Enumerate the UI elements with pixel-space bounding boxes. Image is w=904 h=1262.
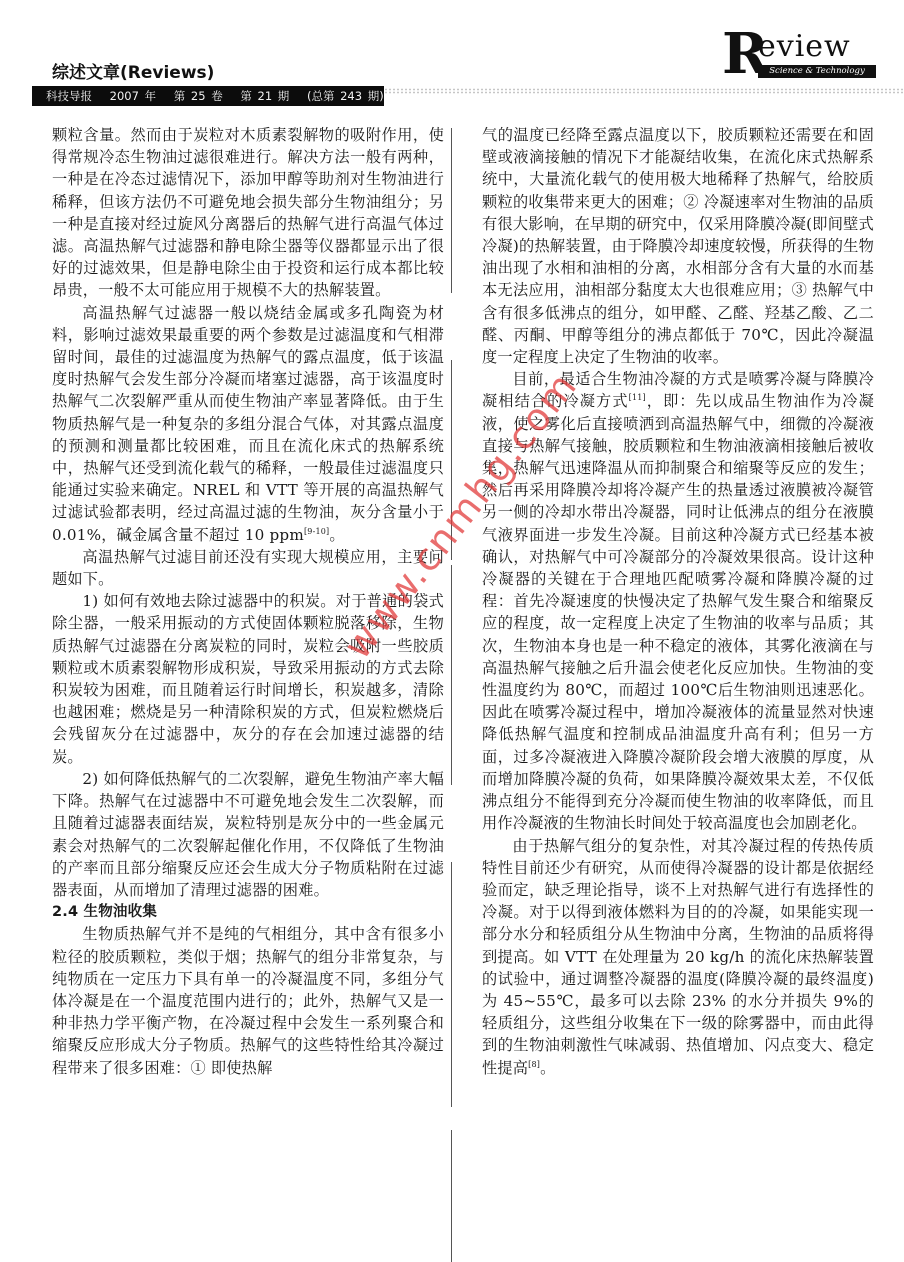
header-dotted-rule — [384, 88, 904, 94]
column-divider-3 — [451, 565, 452, 785]
column-divider-1 — [451, 128, 452, 293]
journal-name: 科技导报 — [46, 89, 92, 103]
section-heading: 2.4 生物油收集 — [52, 901, 444, 923]
journal-year: 2007 年 — [110, 89, 156, 103]
citation: [9-10] — [304, 527, 329, 536]
paragraph: 生物质热解气并不是纯的气相组分，其中含有很多小粒径的胶质颗粒，类似于烟；热解气的… — [52, 923, 444, 1078]
paragraph: 由于热解气组分的复杂性，对其冷凝过程的传热传质特性目前还少有研究，从而使得冷凝器… — [482, 835, 874, 1079]
journal-issue: 第 21 期 — [240, 89, 289, 103]
logo-word: eview — [758, 32, 851, 62]
section-title: 综述文章(Reviews) — [52, 58, 214, 83]
paragraph: 高温热解气过滤目前还没有实现大规模应用，主要问题如下。 — [52, 546, 444, 590]
list-item: 2) 如何降低热解气的二次裂解，避免生物油产率大幅下降。热解气在过滤器中不可避免… — [52, 768, 444, 901]
paragraph: 颗粒含量。然而由于炭粒对木质素裂解物的吸附作用，使得常规冷态生物油过滤很难进行。… — [52, 124, 444, 302]
journal-total-issue: (总第 243 期) — [307, 89, 384, 103]
citation: [8] — [528, 1059, 540, 1068]
right-column: 气的温度已经降至露点温度以下，胶质颗粒还需要在和固壁或液滴接触的情况下才能凝结收… — [482, 124, 874, 1079]
list-item: 1) 如何有效地去除过滤器中的积炭。对于普通的袋式除尘器，一般采用振动的方式使固… — [52, 590, 444, 768]
citation: [11] — [629, 393, 646, 402]
paragraph: 气的温度已经降至露点温度以下，胶质颗粒还需要在和固壁或液滴接触的情况下才能凝结收… — [482, 124, 874, 368]
paragraph: 目前，最适合生物油冷凝的方式是喷雾冷凝与降膜冷凝相结合的冷凝方式[11]，即：先… — [482, 368, 874, 834]
column-divider-5 — [451, 1130, 452, 1262]
logo-tagline: Science & Technology — [758, 65, 876, 78]
column-divider-2 — [451, 360, 452, 560]
journal-volume: 第 25 卷 — [174, 89, 223, 103]
review-logo: R eview Science & Technology — [722, 30, 882, 80]
journal-info-bar: 科技导报 2007 年 第 25 卷 第 21 期 (总第 243 期) — [32, 86, 384, 106]
left-column: 颗粒含量。然而由于炭粒对木质素裂解物的吸附作用，使得常规冷态生物油过滤很难进行。… — [52, 124, 444, 1079]
paragraph: 高温热解气过滤器一般以烧结金属或多孔陶瓷为材料，影响过滤效果最重要的两个参数是过… — [52, 302, 444, 546]
column-divider-4 — [451, 862, 452, 1107]
